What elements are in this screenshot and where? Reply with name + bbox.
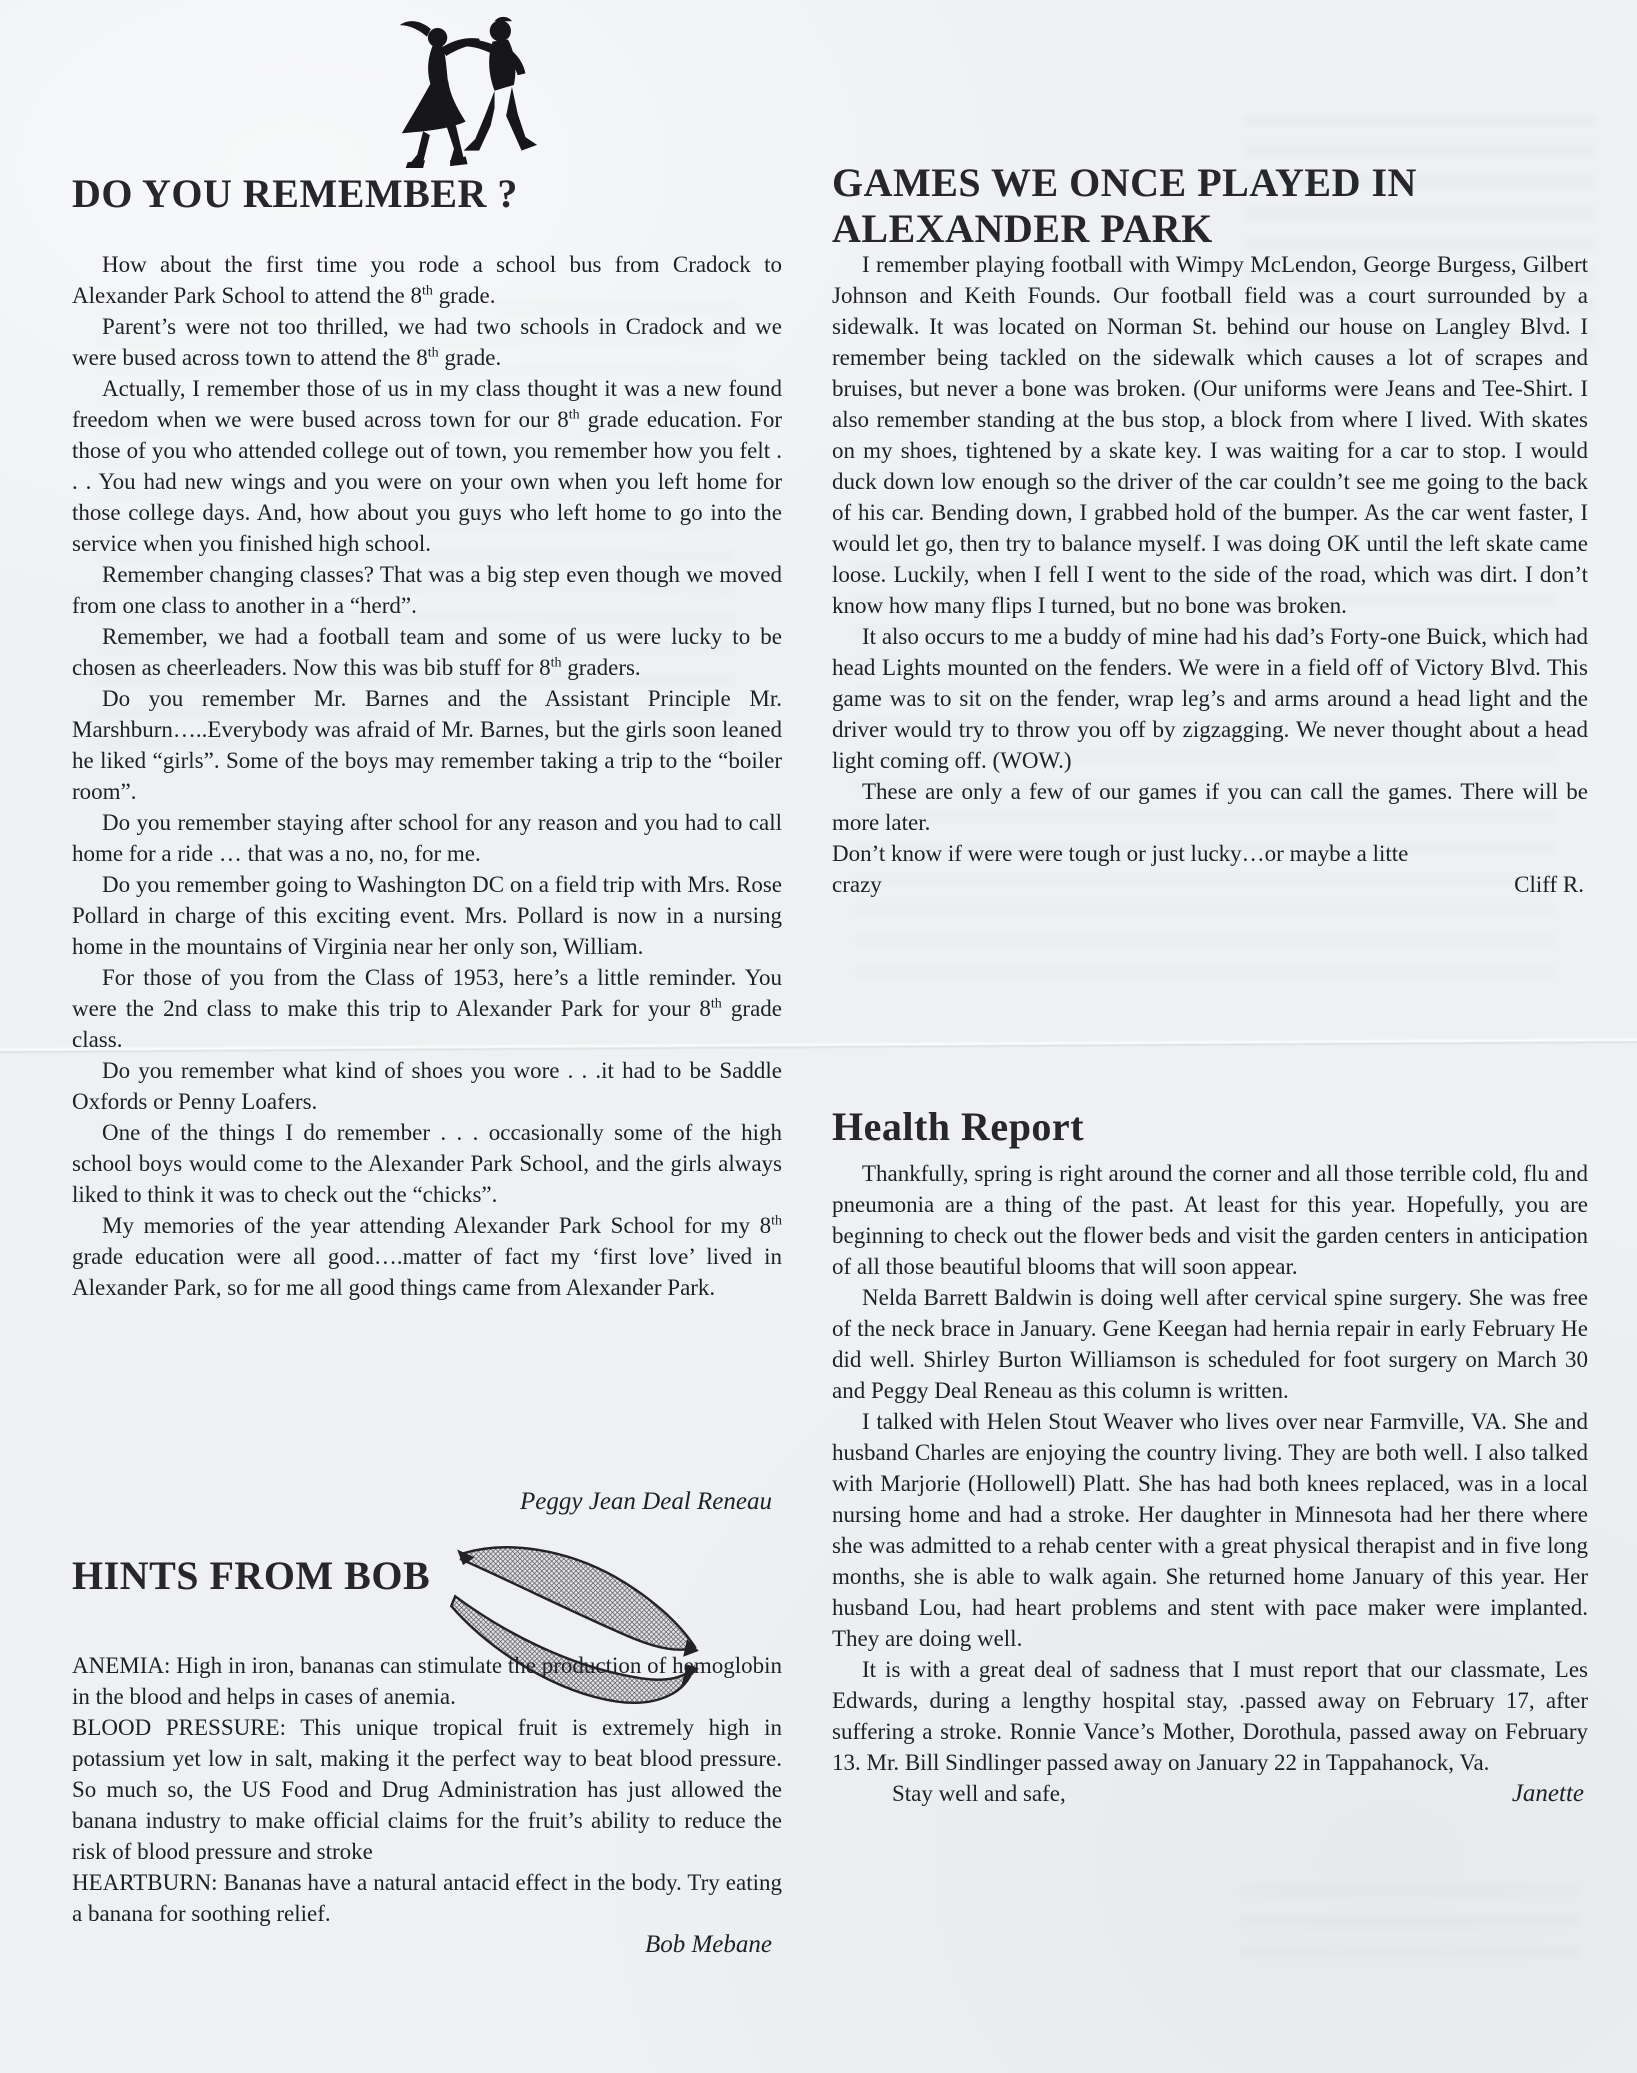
paragraph: HEARTBURN: Bananas have a natural antaci… — [72, 1867, 782, 1929]
paragraph: Actually, I remember those of us in my c… — [72, 373, 782, 559]
article-title-health-report: Health Report — [832, 1103, 1084, 1150]
paragraph: ANEMIA: High in iron, bananas can stimul… — [72, 1650, 782, 1712]
signature-cliff-r: Cliff R. — [1514, 869, 1588, 900]
article-body-games: I remember playing football with Wimpy M… — [832, 249, 1588, 900]
paragraph: BLOOD PRESSURE: This unique tropical fru… — [72, 1712, 782, 1867]
paragraph: For those of you from the Class of 1953,… — [72, 962, 782, 1055]
paragraph: One of the things I do remember . . . oc… — [72, 1117, 782, 1210]
paragraph: These are only a few of our games if you… — [832, 776, 1588, 838]
paragraph: Nelda Barrett Baldwin is doing well afte… — [832, 1282, 1588, 1406]
paragraph: I remember playing football with Wimpy M… — [832, 249, 1588, 621]
closing-line: crazy — [832, 869, 882, 900]
closing-row: crazy Cliff R. — [832, 869, 1588, 900]
signature-peggy-jean-deal-reneau: Peggy Jean Deal Reneau — [520, 1486, 772, 1517]
article-body-hints-from-bob: ANEMIA: High in iron, bananas can stimul… — [72, 1650, 782, 1960]
paragraph: Do you remember going to Washington DC o… — [72, 869, 782, 962]
paragraph: It is with a great deal of sadness that … — [832, 1654, 1588, 1778]
paragraph: It also occurs to me a buddy of mine had… — [832, 621, 1588, 776]
paragraph: Do you remember Mr. Barnes and the Assis… — [72, 683, 782, 807]
signature-janette: Janette — [1512, 1778, 1588, 1809]
dancing-couple-clipart — [398, 12, 538, 184]
paragraph: Remember changing classes? That was a bi… — [72, 559, 782, 621]
article-body-health-report: Thankfully, spring is right around the c… — [832, 1158, 1588, 1809]
left-column: DO YOU REMEMBER ? — [72, 0, 782, 2073]
paragraph: I talked with Helen Stout Weaver who liv… — [832, 1406, 1588, 1654]
title-line-2: ALEXANDER PARK — [832, 206, 1417, 252]
closing-row: Stay well and safe, Janette — [832, 1778, 1588, 1809]
article-title-games-we-once-played: GAMES WE ONCE PLAYED IN ALEXANDER PARK — [832, 160, 1417, 252]
paragraph: Thankfully, spring is right around the c… — [832, 1158, 1588, 1282]
paragraph: Remember, we had a football team and som… — [72, 621, 782, 683]
paragraph: Parent’s were not too thrilled, we had t… — [72, 311, 782, 373]
closing-line: Don’t know if were were tough or just lu… — [832, 838, 1588, 869]
newsletter-page: DO YOU REMEMBER ? — [0, 0, 1637, 2073]
dancing-couple-icon — [398, 12, 538, 184]
paragraph: Do you remember what kind of shoes you w… — [72, 1055, 782, 1117]
signature-bob-mebane: Bob Mebane — [72, 1929, 782, 1960]
article-body-do-you-remember: How about the first time you rode a scho… — [72, 249, 782, 1303]
article-title-hints-from-bob: HINTS FROM BOB — [72, 1552, 430, 1599]
closing-line: Stay well and safe, — [832, 1778, 1066, 1809]
title-line-1: GAMES WE ONCE PLAYED IN — [832, 160, 1417, 206]
paragraph: Do you remember staying after school for… — [72, 807, 782, 869]
right-column: GAMES WE ONCE PLAYED IN ALEXANDER PARK I… — [832, 0, 1588, 2073]
paragraph: My memories of the year attending Alexan… — [72, 1210, 782, 1303]
paragraph: How about the first time you rode a scho… — [72, 249, 782, 311]
